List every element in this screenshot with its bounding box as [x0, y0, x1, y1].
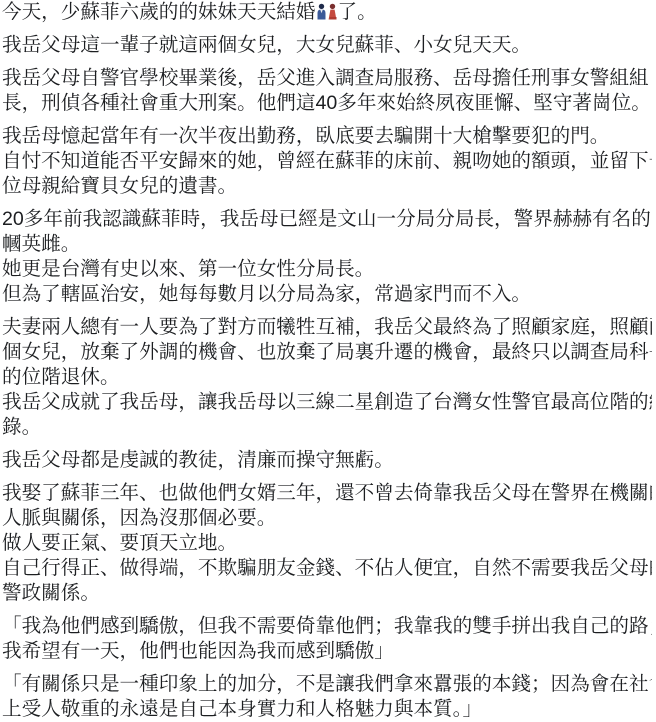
paragraph-10: 「有關係只是一種印象上的加分，不是讓我們拿來囂張的本錢；因為會在社會 上受人敬重…: [2, 672, 652, 722]
paragraph-3: 我岳父母自警官學校畢業後，岳父進入調查局服務、岳母擔任刑事女警組組 長，刑偵各種…: [2, 66, 652, 116]
text-line: 今天，少蘇菲六歲的的妹妹天天結婚了。: [2, 0, 652, 25]
paragraph-9: 「我為他們感到驕傲，但我不需要倚靠他們；我靠我的雙手拼出我自己的路； 我希望有一…: [2, 614, 652, 664]
text-line: 我岳母憶起當年有一次半夜出勤務，臥底要去騙開十大槍擊要犯的門。: [2, 124, 652, 149]
paragraph-8: 我娶了蘇菲三年、也做他們女婿三年，還不曾去倚靠我岳父母在警界在機關的 人脈與關係…: [2, 481, 652, 606]
paragraph-4: 我岳母憶起當年有一次半夜出勤務，臥底要去騙開十大槍擊要犯的門。 自忖不知道能否平…: [2, 124, 652, 199]
text-line: 20多年前我認識蘇菲時，我岳母已經是文山一分局分局長，警界赫赫有名的巾: [2, 207, 652, 232]
text-line: 我岳父母都是虔誠的教徒，清廉而操守無虧。: [2, 448, 652, 473]
text-line: 我希望有一天，他們也能因為我而感到驕傲」: [2, 639, 652, 664]
text-line: 錄。: [2, 415, 652, 440]
text-line: 她更是台灣有史以來、第一位女性分局長。: [2, 257, 652, 282]
text-line: 的位階退休。: [2, 365, 652, 390]
paragraph-5: 20多年前我認識蘇菲時，我岳母已經是文山一分局分局長，警界赫赫有名的巾 幗英雌。…: [2, 207, 652, 307]
paragraph-2: 我岳父母這一輩子就這兩個女兒，大女兒蘇菲、小女兒天天。: [2, 33, 652, 58]
text-line: 「我為他們感到驕傲，但我不需要倚靠他們；我靠我的雙手拼出我自己的路；: [2, 614, 652, 639]
text-line: 位母親給寶貝女兒的遺書。: [2, 174, 652, 199]
paragraph-1: 今天，少蘇菲六歲的的妹妹天天結婚了。: [2, 0, 652, 25]
text-line: 我娶了蘇菲三年、也做他們女婿三年，還不曾去倚靠我岳父母在警界在機關的: [2, 481, 652, 506]
text-line: 我岳父母這一輩子就這兩個女兒，大女兒蘇菲、小女兒天天。: [2, 33, 652, 58]
paragraph-7: 我岳父母都是虔誠的教徒，清廉而操守無虧。: [2, 448, 652, 473]
text-line: 但為了轄區治安，她每每數月以分局為家，常過家門而不入。: [2, 282, 652, 307]
text-line: 上受人敬重的永遠是自己本身實力和人格魅力與本質。」: [2, 697, 652, 722]
post-body: 今天，少蘇菲六歲的的妹妹天天結婚了。 我岳父母這一輩子就這兩個女兒，大女兒蘇菲、…: [0, 0, 656, 722]
wedding-couple-emoji: [316, 3, 338, 20]
text-line: 做人要正氣、要頂天立地。: [2, 531, 652, 556]
paragraph-1-text-after-emoji: 了。: [338, 1, 377, 23]
text-line: 人脈與關係，因為沒那個必要。: [2, 506, 652, 531]
text-line: 我岳父成就了我岳母，讓我岳母以三線二星創造了台灣女性警官最高位階的紀: [2, 390, 652, 415]
paragraph-1-text-before-emoji: 今天，少蘇菲六歲的的妹妹天天結婚: [2, 1, 316, 23]
text-line: 我岳父母自警官學校畢業後，岳父進入調查局服務、岳母擔任刑事女警組組: [2, 66, 652, 91]
text-line: 個女兒，放棄了外調的機會、也放棄了局裏升遷的機會，最終只以調查局科長: [2, 340, 652, 365]
text-line: 自忖不知道能否平安歸來的她，曾經在蘇菲的床前、親吻她的額頭，並留下一: [2, 149, 652, 174]
text-line: 警政關係。: [2, 581, 652, 606]
text-line: 「有關係只是一種印象上的加分，不是讓我們拿來囂張的本錢；因為會在社會: [2, 672, 652, 697]
text-line: 幗英雌。: [2, 232, 652, 257]
text-line: 長，刑偵各種社會重大刑案。他們這40多年來始終夙夜匪懈、堅守著崗位。: [2, 91, 652, 116]
text-line: 自己行得正、做得端，不欺騙朋友金錢、不佔人便宜，自然不需要我岳父母的: [2, 556, 652, 581]
paragraph-6: 夫妻兩人總有一人要為了對方而犧牲互補，我岳父最終為了照顧家庭，照顧兩 個女兒，放…: [2, 315, 652, 440]
text-line: 夫妻兩人總有一人要為了對方而犧牲互補，我岳父最終為了照顧家庭，照顧兩: [2, 315, 652, 340]
